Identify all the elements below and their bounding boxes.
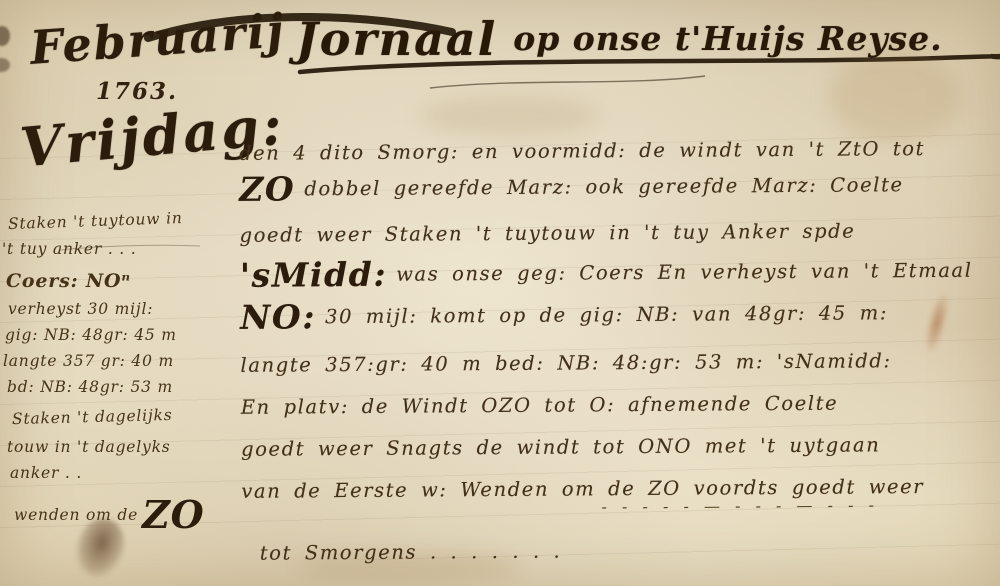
line-lead: ZO <box>239 169 295 208</box>
line-text: dobbel gereefde Marz: ook gereefde Marz:… <box>304 173 903 200</box>
journal-line: En platv: de Windt OZO tot O: afnemende … <box>241 384 839 427</box>
journal-line: ZOdobbel gereefde Marz: ook gereefde Mar… <box>239 165 904 209</box>
line-text: tot Smorgens . . . . . . . <box>260 540 562 565</box>
line-lead: NO: <box>240 297 316 337</box>
line-text: En platv: de Windt OZO tot O: afnemende … <box>241 392 839 419</box>
journal-body: den 4 dito Smorg: en voormidd: de windt … <box>0 0 1000 586</box>
line-text: langte 357:gr: 40 m bed: NB: 48:gr: 53 m… <box>240 349 891 377</box>
journal-line: NO:30 mijl: komt op de gig: NB: van 48gr… <box>240 293 888 337</box>
journal-line: 'sMidd:was onse geg: Coers En verheyst v… <box>240 251 973 295</box>
line-text: goedt weer Snagts de windt tot ONO met '… <box>241 433 880 460</box>
line-text: den 4 dito Smorg: en voormidd: de windt … <box>239 137 925 165</box>
line-text: 30 mijl: komt op de gig: NB: van 48gr: 4… <box>325 301 888 328</box>
line-text: goedt weer Staken 't tuytouw in 't tuy A… <box>240 220 856 247</box>
journal-line: goedt weer Snagts de windt tot ONO met '… <box>241 425 881 468</box>
journal-line: langte 357:gr: 40 m bed: NB: 48:gr: 53 m… <box>240 341 891 385</box>
journal-line: goedt weer Staken 't tuytouw in 't tuy A… <box>239 212 855 255</box>
manuscript-page: Februarij 1763. Jornaal op onse t'Huijs … <box>0 0 1000 586</box>
line-lead: 'sMidd: <box>240 255 388 295</box>
journal-line: tot Smorgens . . . . . . . <box>260 532 562 573</box>
trailing-dashes: - - - - - — - - - — - - - <box>601 495 879 516</box>
line-text: was onse geg: Coers En verheyst van 't E… <box>396 259 973 286</box>
